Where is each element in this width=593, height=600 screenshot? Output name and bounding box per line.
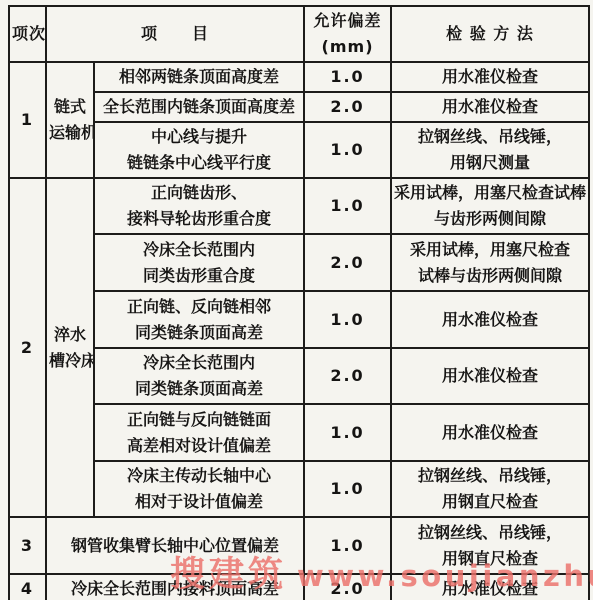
tolerance-value: 1.0 bbox=[307, 420, 388, 446]
tolerance-cell: 2.0 bbox=[304, 92, 391, 122]
method-cell: 拉钢丝线、吊线锤， 用钢直尺检查 bbox=[391, 517, 589, 574]
tolerance-value: 1.0 bbox=[307, 193, 388, 219]
tolerance-value: 1.0 bbox=[307, 307, 388, 333]
method-text: 用水准仪检查 bbox=[394, 307, 586, 333]
tolerance-table: 项次 项 目 允许偏差 (mm) 检 验 方 法 1 链式 运输机 相邻两链条顶… bbox=[8, 5, 590, 600]
method-cell: 采用试棒，用塞尺检查 试棒与齿形两侧间隙 bbox=[391, 234, 589, 291]
item-text: 正向链、反向链相邻 bbox=[97, 294, 301, 320]
method-text: 拉钢丝线、吊线锤， bbox=[394, 463, 586, 489]
item-text: 相对于设计值偏差 bbox=[97, 489, 301, 515]
item-cell: 全长范围内链条顶面高度差 bbox=[94, 92, 304, 122]
item-text: 中心线与提升 bbox=[97, 124, 301, 150]
method-cell: 拉钢丝线、吊线锤， 用钢尺测量 bbox=[391, 122, 589, 178]
item-cell: 冷床全长范围内 同类链条顶面高差 bbox=[94, 348, 304, 404]
table-row: 4 冷床全长范围内接料顶面高差 2.0 用水准仪检查 bbox=[9, 574, 589, 600]
method-text: 用水准仪检查 bbox=[394, 363, 586, 389]
tolerance-cell: 1.0 bbox=[304, 122, 391, 178]
item-cell: 正向链与反向链链面 高差相对设计值偏差 bbox=[94, 404, 304, 461]
group-cell: 链式 运输机 bbox=[46, 62, 94, 178]
item-text: 冷床全长范围内 bbox=[97, 350, 301, 376]
table-row: 冷床全长范围内 同类链条顶面高差 2.0 用水准仪检查 bbox=[9, 348, 589, 404]
item-text: 正向链与反向链链面 bbox=[97, 407, 301, 433]
item-text: 全长范围内链条顶面高度差 bbox=[97, 94, 301, 120]
table-row: 正向链与反向链链面 高差相对设计值偏差 1.0 用水准仪检查 bbox=[9, 404, 589, 461]
tolerance-value: 1.0 bbox=[307, 476, 388, 502]
method-cell: 用水准仪检查 bbox=[391, 291, 589, 348]
header-method-label: 检 验 方 法 bbox=[394, 21, 586, 47]
method-cell: 用水准仪检查 bbox=[391, 62, 589, 92]
header-tolerance: 允许偏差 (mm) bbox=[304, 6, 391, 62]
item-cell: 中心线与提升 链链条中心线平行度 bbox=[94, 122, 304, 178]
item-no-cell: 3 bbox=[9, 517, 46, 574]
group-name-line: 链式 bbox=[49, 94, 91, 120]
item-text: 相邻两链条顶面高度差 bbox=[97, 64, 301, 90]
table-row: 全长范围内链条顶面高度差 2.0 用水准仪检查 bbox=[9, 92, 589, 122]
tolerance-value: 2.0 bbox=[307, 576, 388, 600]
method-text: 拉钢丝线、吊线锤， bbox=[394, 520, 586, 546]
tolerance-cell: 2.0 bbox=[304, 574, 391, 600]
item-text: 冷床主传动长轴中心 bbox=[97, 463, 301, 489]
item-cell: 冷床全长范围内接料顶面高差 bbox=[46, 574, 304, 600]
tolerance-cell: 1.0 bbox=[304, 404, 391, 461]
tolerance-cell: 1.0 bbox=[304, 461, 391, 517]
header-tolerance-line2: (mm) bbox=[307, 34, 388, 60]
method-text: 用水准仪检查 bbox=[394, 94, 586, 120]
method-text: 与齿形两侧间隙 bbox=[394, 206, 586, 232]
item-cell: 相邻两链条顶面高度差 bbox=[94, 62, 304, 92]
tolerance-value: 1.0 bbox=[307, 533, 388, 559]
method-cell: 用水准仪检查 bbox=[391, 574, 589, 600]
method-text: 用水准仪检查 bbox=[394, 64, 586, 90]
group-name-line: 运输机 bbox=[49, 120, 91, 146]
header-item-label: 项 目 bbox=[49, 21, 301, 47]
item-text: 同类齿形重合度 bbox=[97, 263, 301, 289]
item-cell: 钢管收集臂长轴中心位置偏差 bbox=[46, 517, 304, 574]
tolerance-value: 1.0 bbox=[307, 64, 388, 90]
header-row: 项次 项 目 允许偏差 (mm) 检 验 方 法 bbox=[9, 6, 589, 62]
group-cell: 淬水 槽冷床 bbox=[46, 178, 94, 517]
table-row: 3 钢管收集臂长轴中心位置偏差 1.0 拉钢丝线、吊线锤， 用钢直尺检查 bbox=[9, 517, 589, 574]
tolerance-value: 2.0 bbox=[307, 94, 388, 120]
method-text: 用钢尺测量 bbox=[394, 150, 586, 176]
item-text: 链链条中心线平行度 bbox=[97, 150, 301, 176]
item-no-cell: 4 bbox=[9, 574, 46, 600]
method-text: 采用试棒，用塞尺检查 bbox=[394, 237, 586, 263]
item-no-cell: 1 bbox=[9, 62, 46, 178]
table-row: 中心线与提升 链链条中心线平行度 1.0 拉钢丝线、吊线锤， 用钢尺测量 bbox=[9, 122, 589, 178]
group-name-line: 淬水 bbox=[49, 322, 91, 348]
item-no-cell: 2 bbox=[9, 178, 46, 517]
table-row: 2 淬水 槽冷床 正向链齿形、 接料导轮齿形重合度 1.0 采用试棒，用塞尺检查… bbox=[9, 178, 589, 234]
table-row: 冷床主传动长轴中心 相对于设计值偏差 1.0 拉钢丝线、吊线锤， 用钢直尺检查 bbox=[9, 461, 589, 517]
tolerance-value: 2.0 bbox=[307, 250, 388, 276]
method-cell: 用水准仪检查 bbox=[391, 92, 589, 122]
method-text: 用钢直尺检查 bbox=[394, 489, 586, 515]
group-name-line: 槽冷床 bbox=[49, 348, 91, 374]
header-item: 项 目 bbox=[46, 6, 304, 62]
tolerance-cell: 1.0 bbox=[304, 517, 391, 574]
tolerance-value: 2.0 bbox=[307, 363, 388, 389]
tolerance-cell: 1.0 bbox=[304, 178, 391, 234]
item-text: 同类链条顶面高差 bbox=[97, 376, 301, 402]
item-no: 2 bbox=[12, 335, 43, 361]
table-row: 1 链式 运输机 相邻两链条顶面高度差 1.0 用水准仪检查 bbox=[9, 62, 589, 92]
method-cell: 用水准仪检查 bbox=[391, 348, 589, 404]
item-cell: 冷床全长范围内 同类齿形重合度 bbox=[94, 234, 304, 291]
header-item-no-label: 项次 bbox=[12, 21, 43, 47]
item-text: 同类链条顶面高差 bbox=[97, 320, 301, 346]
method-text: 用水准仪检查 bbox=[394, 420, 586, 446]
method-text: 用钢直尺检查 bbox=[394, 546, 586, 572]
table-row: 冷床全长范围内 同类齿形重合度 2.0 采用试棒，用塞尺检查 试棒与齿形两侧间隙 bbox=[9, 234, 589, 291]
method-cell: 采用试棒，用塞尺检查试棒 与齿形两侧间隙 bbox=[391, 178, 589, 234]
item-text: 冷床全长范围内 bbox=[97, 237, 301, 263]
item-no: 3 bbox=[12, 533, 43, 559]
item-no: 4 bbox=[12, 576, 43, 600]
tolerance-cell: 2.0 bbox=[304, 348, 391, 404]
method-text: 采用试棒，用塞尺检查试棒 bbox=[394, 180, 586, 206]
tolerance-cell: 2.0 bbox=[304, 234, 391, 291]
header-tolerance-line1: 允许偏差 bbox=[307, 8, 388, 34]
item-text: 冷床全长范围内接料顶面高差 bbox=[49, 576, 301, 600]
method-text: 用水准仪检查 bbox=[394, 576, 586, 600]
item-cell: 冷床主传动长轴中心 相对于设计值偏差 bbox=[94, 461, 304, 517]
tolerance-cell: 1.0 bbox=[304, 62, 391, 92]
method-text: 拉钢丝线、吊线锤， bbox=[394, 124, 586, 150]
table-row: 正向链、反向链相邻 同类链条顶面高差 1.0 用水准仪检查 bbox=[9, 291, 589, 348]
tolerance-value: 1.0 bbox=[307, 137, 388, 163]
item-text: 正向链齿形、 bbox=[97, 180, 301, 206]
item-cell: 正向链、反向链相邻 同类链条顶面高差 bbox=[94, 291, 304, 348]
item-no: 1 bbox=[12, 107, 43, 133]
method-cell: 用水准仪检查 bbox=[391, 404, 589, 461]
item-text: 高差相对设计值偏差 bbox=[97, 433, 301, 459]
method-text: 试棒与齿形两侧间隙 bbox=[394, 263, 586, 289]
header-item-no: 项次 bbox=[9, 6, 46, 62]
tolerance-cell: 1.0 bbox=[304, 291, 391, 348]
method-cell: 拉钢丝线、吊线锤， 用钢直尺检查 bbox=[391, 461, 589, 517]
item-cell: 正向链齿形、 接料导轮齿形重合度 bbox=[94, 178, 304, 234]
header-method: 检 验 方 法 bbox=[391, 6, 589, 62]
item-text: 接料导轮齿形重合度 bbox=[97, 206, 301, 232]
item-text: 钢管收集臂长轴中心位置偏差 bbox=[49, 533, 301, 559]
